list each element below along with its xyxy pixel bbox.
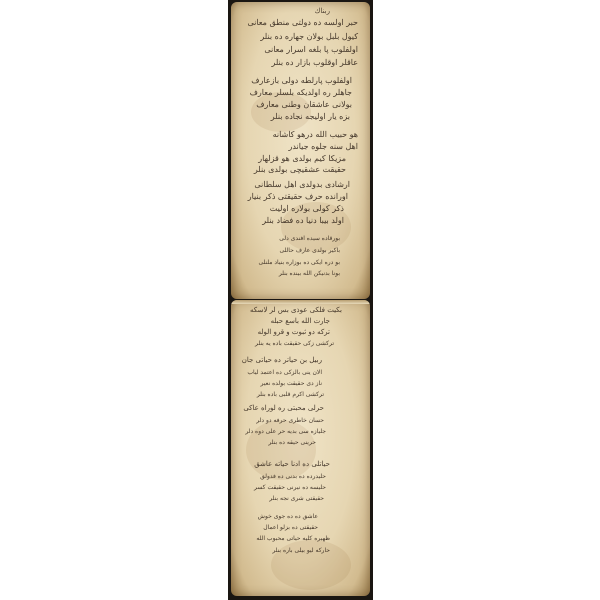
text-line: بولانی عاشقان وطنی معارف (256, 100, 352, 109)
manuscript-page-top: ربناك حبر اولسه ده دولتی منطق معانی کیول… (231, 2, 370, 299)
text-line: جاهلر ره اولدیکه بلسلر معارف (250, 88, 352, 97)
text-line: اولفلوب پا بلغه اسرار معانی (264, 45, 358, 54)
text-line: بو دره ایکی ده بوزاره بنیاد ملنلی (258, 258, 340, 267)
text-line: هو حبیب الله درهو کاشانه (273, 130, 358, 139)
text-line: جلیازه سی بدیه حر علی دوه دلر (245, 427, 326, 436)
text-line: ترکشی اکرم قلبی باده بنلر (257, 390, 324, 399)
page-fold (231, 300, 370, 304)
text-line: بکیت فلکی عوذی بس لر لاسکه (250, 306, 342, 315)
text-line: اولفلوب پارلطه دولی بازعارف (251, 76, 352, 85)
text-line: الان ینی بالزکی ده اعتمد لیاب (247, 368, 322, 377)
text-line: اهل سنه جلوه جیاندر (288, 142, 358, 151)
text-line: ظهیره کلیه حیاتی محبوب الله (256, 534, 330, 543)
text-line: حرینی حیقه ده بنلر (268, 438, 316, 447)
text-line: حقیقت عشقیچی بولدی بنلر (254, 165, 346, 174)
page-heading: ربناك (315, 7, 330, 16)
text-line: بورقاده سیده افندی دلی (279, 234, 340, 243)
manuscript-page-bottom: بکیت فلکی عوذی بس لر لاسکه جارت الله باس… (231, 300, 370, 596)
text-line: عاقلر اوقلوب بازار ده بنلر (271, 58, 358, 67)
text-line: حبر اولسه ده دولتی منطق معانی (247, 18, 358, 27)
text-line: باکیر بولدی عارف حاللی (279, 246, 340, 255)
manuscript-booklet: ربناك حبر اولسه ده دولتی منطق معانی کیول… (228, 0, 373, 600)
text-line: ناز دی حقیقت بولده نعیر (261, 379, 322, 388)
text-line: مزیکا کیم بولدی هو قزلهار (258, 154, 346, 163)
text-line: بونا بدنیکن الله بینده بنلر (279, 269, 340, 278)
text-line: ترکشی زکی حقیقت باده یه بنلر (255, 339, 334, 348)
text-line: اورانده حرف حقیقتی ذکر بنیار (248, 192, 348, 201)
text-line: عاشق ده ده جوی خوش (258, 512, 318, 521)
text-line: بزه یار اولیجه نجاده بنلر (271, 112, 350, 121)
text-line: حلیسه ده نیرنی حقیقت کسر (254, 483, 326, 492)
text-line: حسان خاطری حرفه دو دلر (256, 416, 324, 425)
text-line: حیاتلی ده ادنا حیاته عاشق (254, 460, 330, 469)
text-line: ارشادی بدولدی اهل سلطانی (254, 180, 350, 189)
text-line: کیول بلبل بولان جهاره ده بنلر (260, 32, 358, 41)
text-line: ترکه دو ثبوت و قرو الوله (258, 328, 330, 337)
text-line: حقیقتی ده بزلو اعمال (263, 523, 318, 532)
text-line: حلیدرده ده بدنی ده فدولق (260, 472, 326, 481)
text-line: حارکه لیو بیلی باره بنلر (272, 546, 330, 555)
text-line: جارت الله باسع حبله (271, 317, 330, 326)
text-line: ربیل بن حیاتر ده حیاتی جان (242, 356, 322, 365)
text-line: حقیقتی شری نجه بنلر (269, 494, 324, 503)
text-line: اولد بیبا دنیا ده فضاد بنلر (262, 216, 344, 225)
text-line: ذکر کولی بولاره اولیت (270, 204, 344, 213)
text-line: حرلی محبتی ره لوراه عاکی (243, 404, 324, 413)
